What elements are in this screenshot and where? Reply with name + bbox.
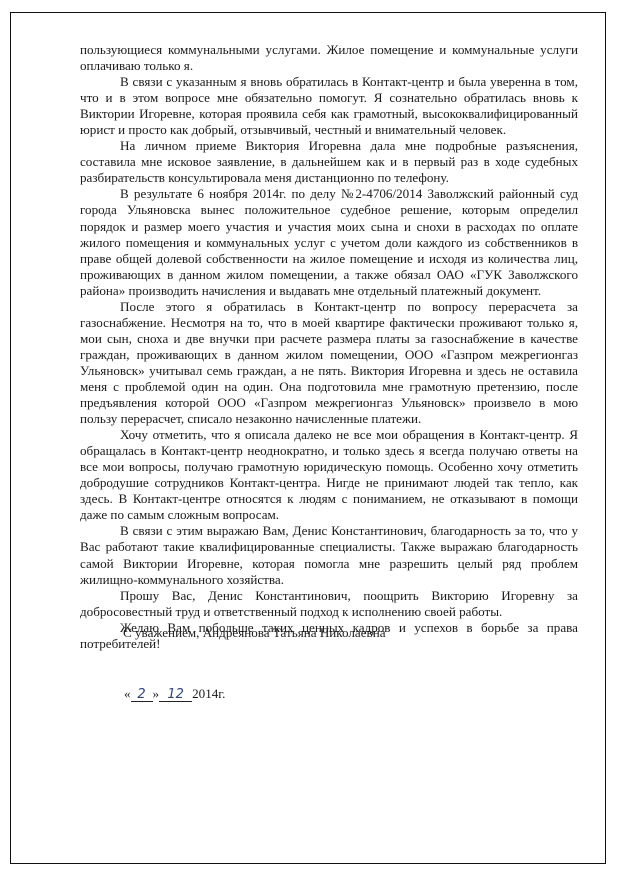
date-year: 2014г.: [192, 686, 225, 701]
letter-body: пользующиеся коммунальными услугами. Жил…: [80, 42, 578, 652]
signature-line: С уважением, Андреянова Татьяна Николаев…: [123, 625, 386, 641]
paragraph: После этого я обратилась в Контакт-центр…: [80, 299, 578, 427]
paragraph: Прошу Вас, Денис Константинович, поощрит…: [80, 588, 578, 620]
paragraph: На личном приеме Виктория Игоревна дала …: [80, 138, 578, 186]
date-line: «2»122014г.: [124, 686, 225, 702]
handwritten-day: 2: [131, 688, 153, 702]
handwritten-month: 12: [159, 688, 192, 702]
paragraph: пользующиеся коммунальными услугами. Жил…: [80, 42, 578, 74]
paragraph: В результате 6 ноября 2014г. по делу №2-…: [80, 186, 578, 298]
paragraph: Хочу отметить, что я описала далеко не в…: [80, 427, 578, 523]
paragraph: В связи с этим выражаю Вам, Денис Конста…: [80, 523, 578, 587]
paragraph: В связи с указанным я вновь обратилась в…: [80, 74, 578, 138]
